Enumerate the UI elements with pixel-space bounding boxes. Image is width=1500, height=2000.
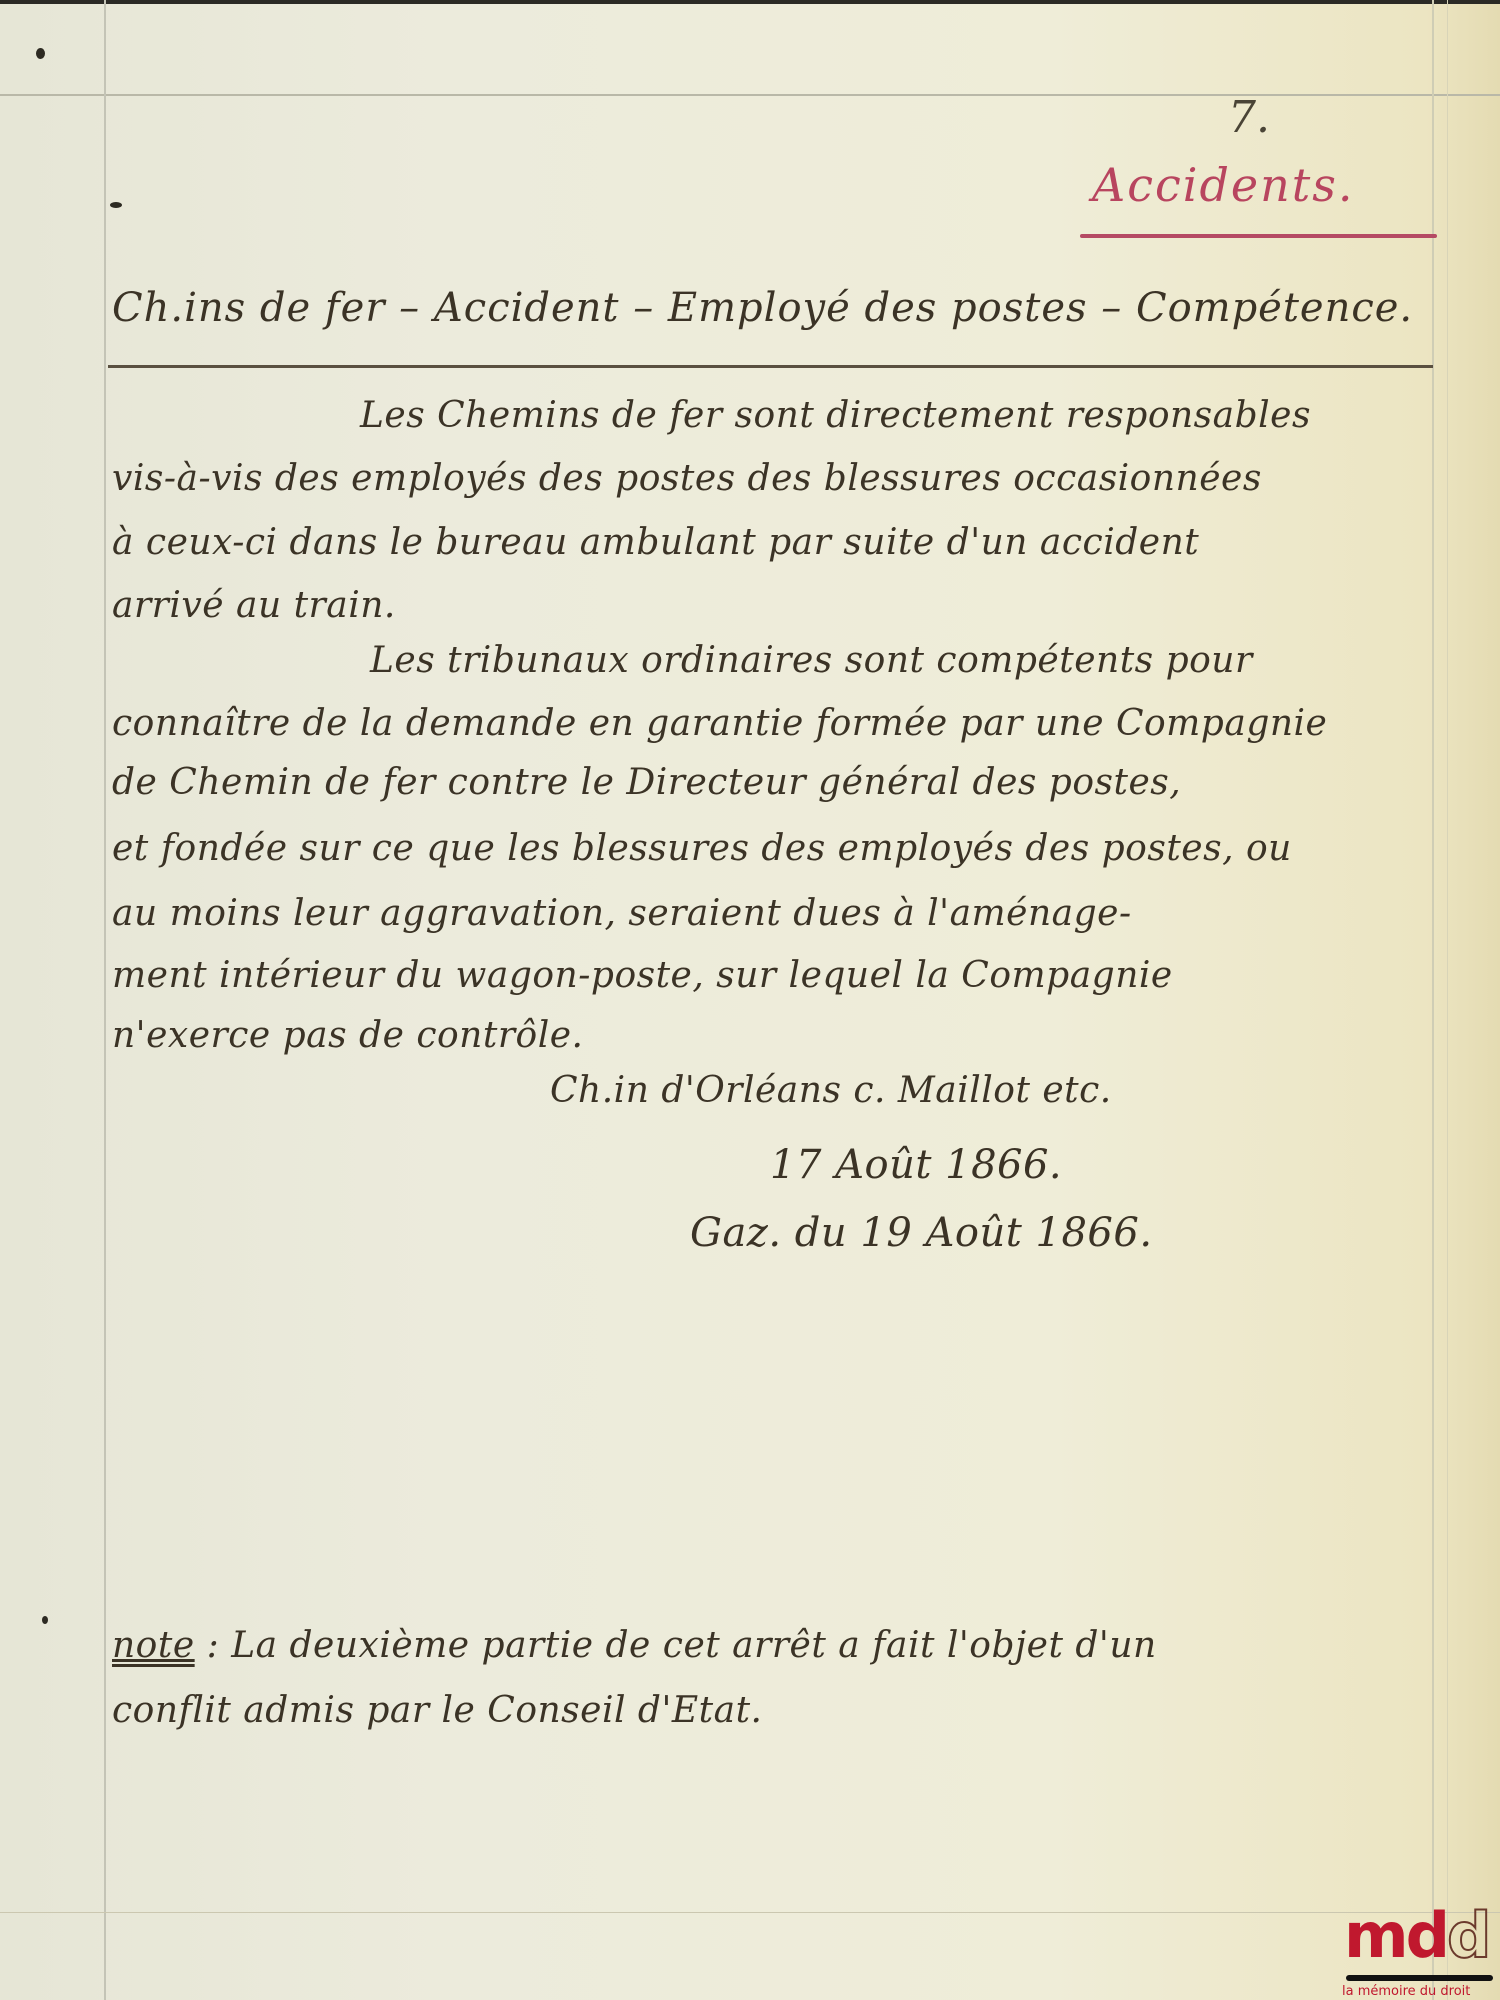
mdd-logo: mdd la mémoire du droit [1340,1905,1500,2000]
bottom-ruled-line [0,1912,1500,1913]
logo-bar [1346,1975,1493,1981]
ink-spot [36,48,45,59]
right-edge-line [1447,0,1448,2000]
ink-spot [42,1616,48,1624]
body-line: connaître de la demande en garantie form… [112,703,1327,744]
top-ruled-line [0,94,1500,96]
body-line: au moins leur aggravation, seraient dues… [112,893,1132,934]
body-line: vis-à-vis des employés des postes des bl… [112,458,1262,499]
note-text: La deuxième partie de cet arrêt a fait l… [231,1625,1157,1666]
page-top-edge [0,0,1500,4]
section-heading: Accidents. [1092,158,1354,212]
title-rule [108,365,1433,368]
body-line: arrivé au train. [112,585,396,626]
logo-tagline: la mémoire du droit [1342,1984,1470,1999]
section-heading-underline [1080,234,1437,238]
note-second-line: conflit admis par le Conseil d'Etat. [112,1690,763,1731]
logo-mark: mdd [1344,1905,1488,1967]
note-separator: : [207,1625,220,1666]
gazette-reference: Gaz. du 19 Août 1866. [690,1210,1153,1256]
note-label: note [112,1625,195,1666]
logo-mark-text: md [1344,1899,1447,1972]
body-line: ment intérieur du wagon-poste, sur leque… [112,955,1173,996]
body-line: Les Chemins de fer sont directement resp… [360,395,1311,436]
case-parties: Ch.in d'Orléans c. Maillot etc. [550,1070,1112,1111]
body-line: et fondée sur ce que les blessures des e… [112,828,1292,869]
right-margin-line [1432,0,1434,2000]
logo-mark-hollow: d [1447,1899,1488,1972]
body-line: n'exerce pas de contrôle. [112,1015,583,1056]
ink-spot [110,202,122,208]
body-line: Les tribunaux ordinaires sont compétents… [370,640,1253,681]
body-line: de Chemin de fer contre le Directeur gén… [112,762,1181,803]
left-margin-line [104,0,106,2000]
page-number: 7. [1228,92,1270,143]
entry-title: Ch.ins de fer – Accident – Employé des p… [112,285,1413,331]
body-line: à ceux-ci dans le bureau ambulant par su… [112,522,1199,563]
decision-date: 17 Août 1866. [770,1142,1062,1188]
note-first-line: note : La deuxième partie de cet arrêt a… [112,1625,1157,1666]
